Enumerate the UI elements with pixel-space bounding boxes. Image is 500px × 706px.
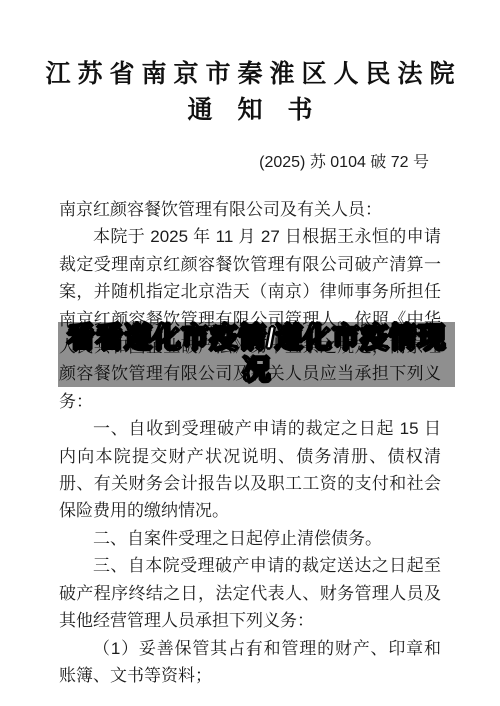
court-name-text: 江苏省南京市秦淮区人民法院 — [45, 60, 461, 88]
paragraph-duty-3: 三、自本院受理破产申请的裁定送达之日起至破产程序终结之日，法定代表人、财务管理人… — [59, 552, 441, 634]
paragraph-duty-2: 二、自案件受理之日起停止清偿债务。 — [59, 525, 441, 552]
salutation-line: 南京红颜容餐饮管理有限公司及有关人员： — [59, 196, 441, 223]
paragraph-duty-1: 一、自收到受理破产申请的裁定之日起 15 日内向本院提交财产状况说明、债务清册、… — [59, 415, 441, 525]
court-name: 江苏省南京市秦淮区人民法院 — [0, 54, 500, 90]
paragraph-subitem-1: （1）妥善保管其占有和管理的财产、印章和账簿、文书等资料； — [59, 635, 441, 690]
notice-page: 江苏省南京市秦淮区人民法院 通知书 (2025) 苏 0104 破 72 号 南… — [0, 0, 500, 706]
watermark-text-line-2: 况 — [58, 354, 455, 386]
page-number: 1 — [0, 648, 500, 658]
document-type-title: 通知书 — [0, 90, 500, 126]
notice-body: 南京红颜容餐饮管理有限公司及有关人员： 本院于 2025 年 11 月 27 日… — [59, 196, 441, 689]
watermark-overlay-band: 看看遵化市疫情/遵化市疫情现 况 — [58, 322, 455, 387]
document-type-text: 通知书 — [187, 96, 337, 124]
case-number: (2025) 苏 0104 破 72 号 — [259, 149, 429, 172]
watermark-text-line-1: 看看遵化市疫情/遵化市疫情现 — [58, 322, 455, 354]
